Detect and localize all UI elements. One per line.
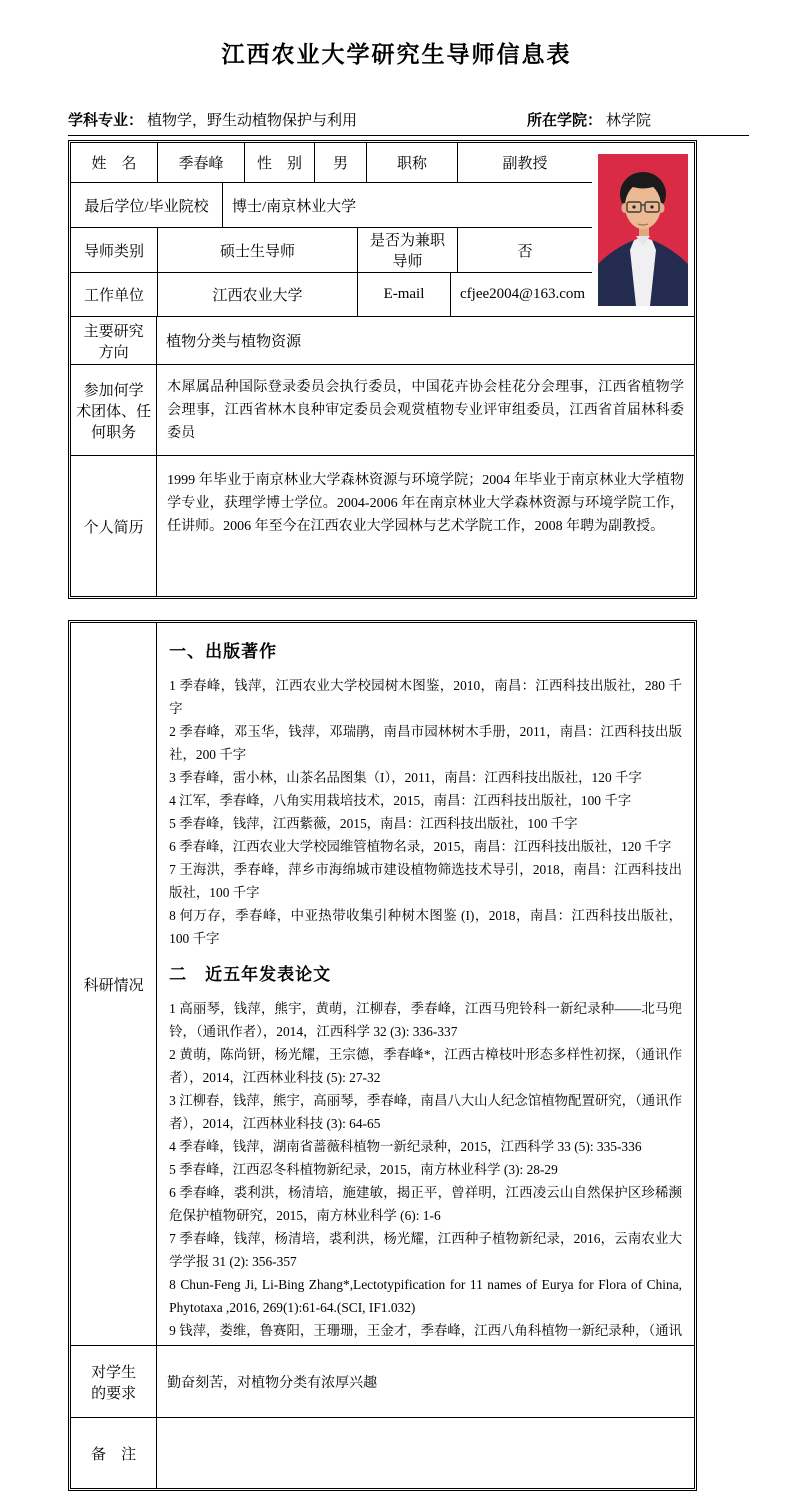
email-value: cfjee2004@163.com bbox=[451, 273, 592, 316]
book-list-item: 5 季春峰，钱萍，江西紫薇，2015，南昌：江西科技出版社，100 千字 bbox=[169, 812, 682, 835]
paper-list-item: 4 季春峰，钱萍，湖南省蔷薇科植物一新纪录种，2015，江西科学 33 (5):… bbox=[169, 1135, 682, 1158]
basic-info-top-block: 姓 名 季春峰 性 别 男 职称 副教授 最后学位/毕业院校 博士/南京林业大学… bbox=[71, 143, 694, 317]
students-requirement-value: 勤奋刻苦，对植物分类有浓厚兴趣 bbox=[157, 1346, 694, 1417]
paper-list-item: 6 季春峰，裘利洪，杨清培，施建敏，揭正平，曾祥明，江西凌云山自然保护区珍稀濒危… bbox=[169, 1181, 682, 1227]
discipline-label: 学科专业： bbox=[68, 109, 143, 130]
book-list-item: 4 江军，季春峰，八角实用栽培技术，2015，南昌：江西科技出版社，100 千字 bbox=[169, 789, 682, 812]
employer-value: 江西农业大学 bbox=[158, 273, 358, 316]
advisor-photo bbox=[598, 154, 688, 306]
discipline-value: 植物学，野生动植物保护与利用 bbox=[147, 109, 357, 130]
societies-label: 参加何学 术团体、任 何职务 bbox=[71, 365, 157, 455]
paper-list-item: 7 季春峰，钱萍，杨清培，裘利洪，杨光耀，江西种子植物新纪录，2016，云南农业… bbox=[169, 1227, 682, 1273]
research-direction-value: 植物分类与植物资源 bbox=[157, 317, 694, 364]
paper-list-item: 2 黄萌，陈尚钘，杨光耀，王宗德，季春峰*，江西古樟枝叶形态多样性初探，（通讯作… bbox=[169, 1043, 682, 1089]
book-list-item: 2 季春峰，邓玉华，钱萍，邓瑞鹃，南昌市园林树木手册，2011，南昌：江西科技出… bbox=[169, 720, 682, 766]
college-value: 林学院 bbox=[606, 109, 651, 130]
parttime-value: 否 bbox=[458, 228, 592, 272]
employer-label: 工作单位 bbox=[71, 273, 158, 316]
papers-section-heading: 二 近五年发表论文 bbox=[169, 960, 682, 985]
books-list: 1 季春峰，钱萍，江西农业大学校园树木图鉴，2010，南昌：江西科技出版社，28… bbox=[169, 674, 682, 950]
paper-list-item: 8 Chun-Feng Ji, Li-Bing Zhang*,Lectotypi… bbox=[169, 1273, 682, 1319]
research-row: 科研情况 一、出版著作 1 季春峰，钱萍，江西农业大学校园树木图鉴，2010，南… bbox=[71, 623, 694, 1346]
paper-list-item: 5 季春峰，江西忍冬科植物新纪录，2015，南方林业科学 (3): 28-29 bbox=[169, 1158, 682, 1181]
name-value: 季春峰 bbox=[158, 143, 245, 182]
remark-label: 备 注 bbox=[71, 1418, 157, 1488]
research-content: 一、出版著作 1 季春峰，钱萍，江西农业大学校园树木图鉴，2010，南昌：江西科… bbox=[157, 623, 694, 1345]
research-label: 科研情况 bbox=[71, 623, 157, 1345]
degree-value: 博士/南京林业大学 bbox=[223, 183, 592, 227]
students-requirement-label: 对学生 的要求 bbox=[71, 1346, 157, 1417]
table-row: 最后学位/毕业院校 博士/南京林业大学 bbox=[71, 183, 592, 228]
advisor-photo-graphic bbox=[598, 154, 688, 306]
parttime-label: 是否为兼职 导师 bbox=[358, 228, 458, 272]
email-label: E-mail bbox=[358, 273, 451, 316]
title-value: 副教授 bbox=[458, 143, 592, 182]
table-row: 主要研究 方向 植物分类与植物资源 bbox=[71, 317, 694, 365]
table-row: 导师类别 硕士生导师 是否为兼职 导师 否 bbox=[71, 228, 592, 273]
book-list-item: 8 何万存，季春峰，中亚热带收集引种树木图鉴 (I)，2018，南昌：江西科技出… bbox=[169, 904, 682, 950]
photo-cell bbox=[592, 143, 694, 316]
page-title: 江西农业大学研究生导师信息表 bbox=[0, 0, 793, 69]
college-label: 所在学院： bbox=[527, 109, 602, 130]
remark-value bbox=[157, 1418, 694, 1488]
paper-list-item: 3 江柳春，钱萍，熊宇，高丽琴，季春峰，南昌八大山人纪念馆植物配置研究，（通讯作… bbox=[169, 1089, 682, 1135]
resume-label: 个人简历 bbox=[71, 456, 157, 596]
resume-value: 1999 年毕业于南京林业大学森林资源与环境学院；2004 年毕业于南京林业大学… bbox=[157, 456, 694, 596]
degree-label: 最后学位/毕业院校 bbox=[71, 183, 223, 227]
table-row: 个人简历 1999 年毕业于南京林业大学森林资源与环境学院；2004 年毕业于南… bbox=[71, 456, 694, 596]
paper-list-item: 1 高丽琴，钱萍，熊宇，黄萌，江柳春，季春峰，江西马兜铃科一新纪录种——北马兜铃… bbox=[169, 997, 682, 1043]
book-list-item: 7 王海洪，季春峰，萍乡市海绵城市建设植物筛选技术导引，2018，南昌：江西科技… bbox=[169, 858, 682, 904]
paper-list-item: 9 钱萍，娄维，鲁赛阳，王珊珊，王金才，季春峰，江西八角科植物一新纪录种，（通讯… bbox=[169, 1319, 682, 1345]
basic-info-left-grid: 姓 名 季春峰 性 别 男 职称 副教授 最后学位/毕业院校 博士/南京林业大学… bbox=[71, 143, 592, 316]
book-list-item: 1 季春峰，钱萍，江西农业大学校园树木图鉴，2010，南昌：江西科技出版社，28… bbox=[169, 674, 682, 720]
book-list-item: 6 季春峰，江西农业大学校园维管植物名录，2015，南昌：江西科技出版社，120… bbox=[169, 835, 682, 858]
gender-value: 男 bbox=[315, 143, 367, 182]
title-label: 职称 bbox=[367, 143, 458, 182]
header-fill-line: 学科专业： 植物学，野生动植物保护与利用 所在学院： 林学院 bbox=[68, 109, 749, 136]
papers-list: 1 高丽琴，钱萍，熊宇，黄萌，江柳春，季春峰，江西马兜铃科一新纪录种——北马兜铃… bbox=[169, 997, 682, 1345]
advisor-type-value: 硕士生导师 bbox=[158, 228, 358, 272]
research-table: 科研情况 一、出版著作 1 季春峰，钱萍，江西农业大学校园树木图鉴，2010，南… bbox=[68, 620, 697, 1491]
table-row: 参加何学 术团体、任 何职务 木犀属品种国际登录委员会执行委员，中国花卉协会桂花… bbox=[71, 365, 694, 456]
books-section-heading: 一、出版著作 bbox=[169, 637, 682, 662]
research-direction-label: 主要研究 方向 bbox=[71, 317, 157, 364]
gender-label: 性 别 bbox=[245, 143, 315, 182]
societies-value: 木犀属品种国际登录委员会执行委员，中国花卉协会桂花分会理事，江西省植物学会理事，… bbox=[157, 365, 694, 455]
table-row: 工作单位 江西农业大学 E-mail cfjee2004@163.com bbox=[71, 273, 592, 316]
students-requirement-row: 对学生 的要求 勤奋刻苦，对植物分类有浓厚兴趣 bbox=[71, 1346, 694, 1418]
remark-row: 备 注 bbox=[71, 1418, 694, 1488]
basic-info-table: 姓 名 季春峰 性 别 男 职称 副教授 最后学位/毕业院校 博士/南京林业大学… bbox=[68, 140, 697, 599]
table-row: 姓 名 季春峰 性 别 男 职称 副教授 bbox=[71, 143, 592, 183]
book-list-item: 3 季春峰，雷小林，山茶名品图集（I），2011，南昌：江西科技出版社，120 … bbox=[169, 766, 682, 789]
name-label: 姓 名 bbox=[71, 143, 158, 182]
advisor-type-label: 导师类别 bbox=[71, 228, 158, 272]
advisor-info-form-page: 江西农业大学研究生导师信息表 学科专业： 植物学，野生动植物保护与利用 所在学院… bbox=[0, 0, 793, 1504]
